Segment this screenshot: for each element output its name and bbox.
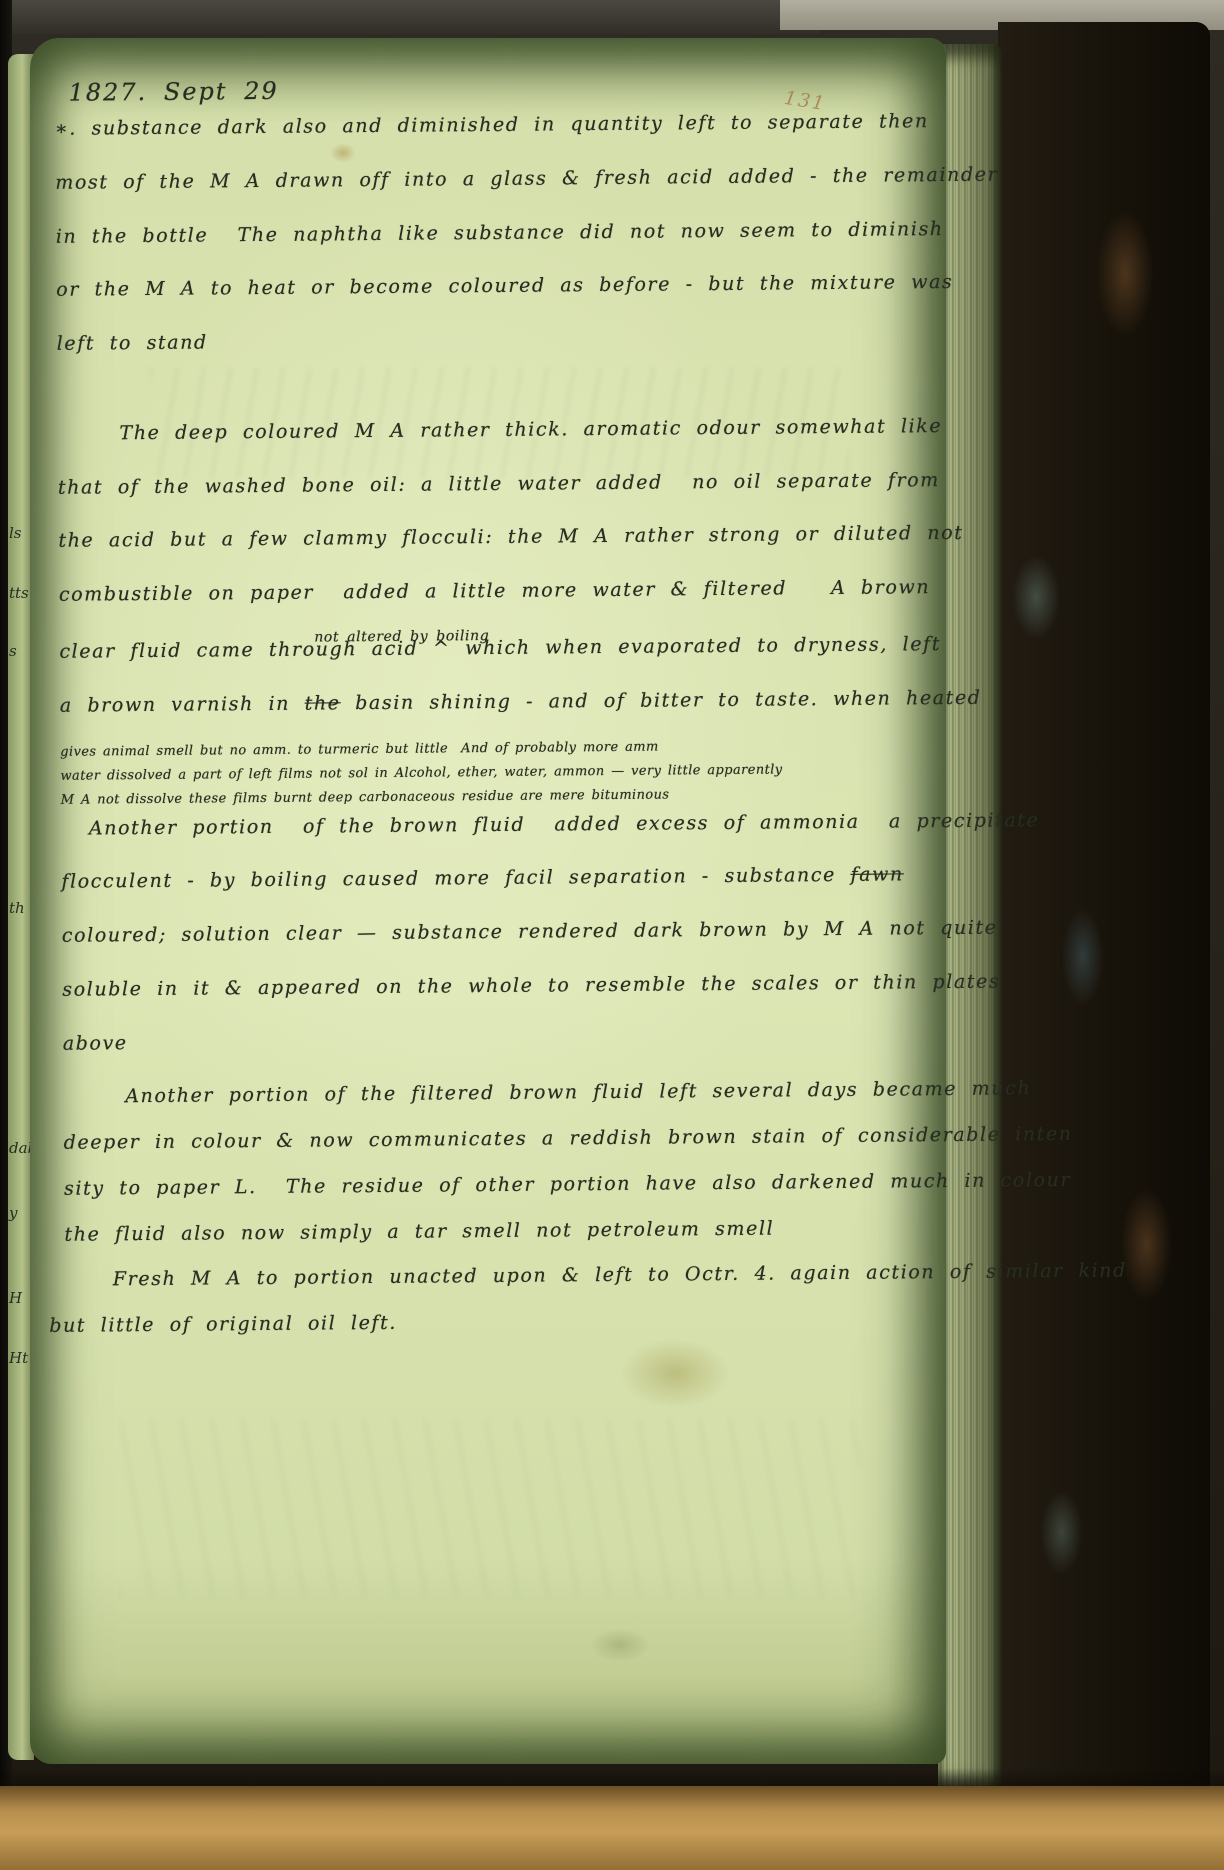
manuscript-line: in the bottle The naphtha like substance… (56, 218, 916, 249)
manuscript-line: sity to paper L. The residue of other po… (64, 1170, 924, 1201)
manuscript-line: deeper in colour & now communicates a re… (64, 1124, 924, 1155)
desk-surface (0, 1786, 1224, 1870)
manuscript-line: ∗. substance dark also and diminished in… (55, 110, 915, 141)
manuscript-line: Another portion of the brown fluid added… (89, 810, 921, 841)
page-edge-text-fragment: ls (9, 524, 22, 542)
manuscript-line: Another portion of the filtered brown fl… (125, 1078, 923, 1109)
page-edge-text-fragment: H (9, 1289, 22, 1307)
page-edge-text-fragment: th (9, 899, 25, 917)
page-edge-text-fragment: Ht (9, 1349, 28, 1367)
manuscript-line: most of the M A drawn off into a glass &… (55, 164, 915, 195)
manuscript-lines: 1827. Sept 29∗. substance dark also and … (54, 70, 925, 1368)
manuscript-line: combustible on paper added a little more… (59, 576, 919, 607)
manuscript-line: left to stand (57, 325, 917, 356)
manuscript-line: water dissolved a part of left films not… (60, 761, 920, 785)
book-cover-right (998, 22, 1210, 1820)
manuscript-line: M A not dissolve these films burnt deep … (61, 785, 921, 809)
manuscript-page: 131 1827. Sept 29∗. substance dark also … (30, 38, 946, 1764)
page-edge-text-fragment: tts (9, 584, 29, 602)
manuscript-line: the acid but a few clammy flocculi: the … (58, 523, 918, 554)
manuscript-line: the fluid also now simply a tar smell no… (64, 1216, 924, 1247)
page-edge-text-fragment: s (9, 642, 17, 660)
paper-stain (590, 1628, 650, 1662)
manuscript-line: above (63, 1025, 923, 1056)
manuscript-line: flocculent - by boiling caused more faci… (61, 863, 921, 894)
background-shelf-dark (0, 0, 820, 34)
manuscript-line: clear fluid came through acid ^ which wh… (59, 634, 919, 665)
struck-word: the (305, 692, 341, 714)
photo-stage: lsttssthdabyHHt 131 1827. Sept 29∗. subs… (0, 0, 1224, 1870)
page-edge-text-fragment: y (9, 1204, 17, 1222)
manuscript-line: or the M A to heat or become coloured as… (56, 272, 916, 303)
manuscript-line: The deep coloured M A rather thick. arom… (119, 415, 917, 446)
manuscript-line: coloured; solution clear — substance ren… (62, 917, 922, 948)
ink-showthrough (120, 1418, 860, 1598)
manuscript-line: Fresh M A to portion unacted upon & left… (113, 1261, 925, 1292)
manuscript-line: that of the washed bone oil: a little wa… (58, 469, 918, 500)
manuscript-line: soluble in it & appeared on the whole to… (62, 971, 922, 1002)
manuscript-line: gives animal smell but no amm. to turmer… (60, 737, 920, 761)
manuscript-line: a brown varnish in the basin shining - a… (60, 687, 920, 718)
manuscript-line: but little of original oil left. (49, 1307, 925, 1338)
date-heading: 1827. Sept 29 (68, 70, 914, 107)
struck-word: fawn (850, 864, 903, 886)
